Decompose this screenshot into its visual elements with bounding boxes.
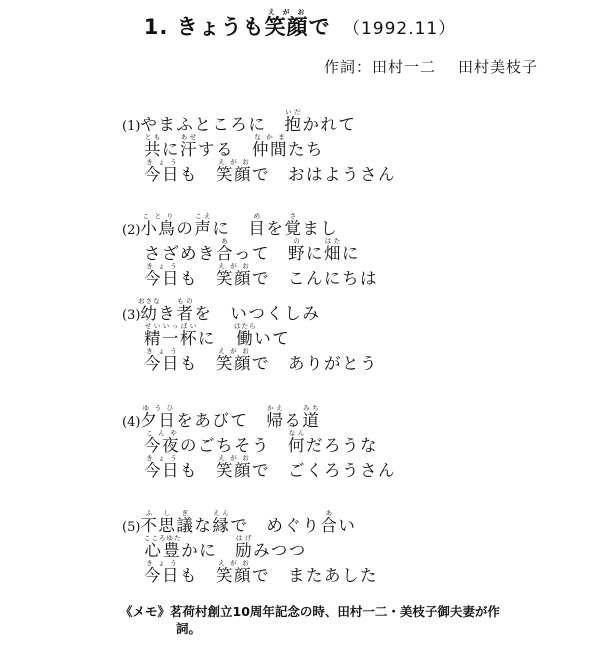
furigana-word: 合あ [216, 244, 234, 263]
memo-continuation: 詞。 [120, 620, 550, 637]
furigana-word: 共とも [144, 140, 162, 159]
lyric-line: 今日きょうも笑顔えがおでおはようさん [122, 158, 396, 183]
furigana-word: 者もの [176, 304, 194, 323]
memo-label: 《メモ》 [120, 604, 170, 619]
lyric-text: のごちそう [180, 436, 270, 455]
lyric-text: で [252, 354, 270, 373]
verse: (2)小鳥ことりの声こえに目めを覚さましさざめき合あって野のに畑はたに今日きょう… [122, 212, 378, 287]
lyric-text: に [342, 244, 360, 263]
lyric-text: たち [288, 140, 324, 159]
title-suffix: で [309, 15, 331, 39]
verse: (4)夕日ゆうひをあびて帰かえる道みち今夜こんやのごちそう何なんだろうな今日きょ… [122, 404, 396, 479]
lyric-line: 精一杯せいいっぱいに働はたらいて [122, 322, 378, 347]
lyric-text: だろうな [306, 436, 378, 455]
lyric-text: も [180, 461, 198, 480]
lyric-text: ありがとう [288, 354, 378, 373]
memo-note: 《メモ》茗荷村創立10周年記念の時、田村一二・美枝子御夫妻が作 詞。 [120, 603, 550, 637]
lyric-text: みつつ [253, 541, 307, 560]
lyric-line: 今日きょうも笑顔えがおでごくろうさん [122, 454, 396, 479]
lyric-line: (5)不思議ふしぎな縁えんでめぐり合あい [122, 509, 378, 534]
lyric-text: で [252, 165, 270, 184]
memo-text: 茗荷村創立10周年記念の時、田村一二・美枝子御夫妻が作 [170, 604, 500, 619]
lyric-line: (3)幼おさなき者ものをいつくしみ [122, 297, 378, 322]
lyric-text: な [194, 516, 212, 535]
lyric-text: いて [254, 329, 290, 348]
lyric-text: に [162, 140, 180, 159]
furigana-word: 小鳥ことり [140, 219, 176, 238]
lyric-text: に [306, 244, 324, 263]
lyric-line: 今日きょうも笑顔えがおでこんにちは [122, 262, 378, 287]
verse-number: (5) [122, 520, 140, 535]
lyric-text: さざめき [144, 244, 216, 263]
lyricist: 作詞：田村一二 [324, 58, 436, 76]
title-ruby: 笑顔えがお [265, 15, 309, 39]
song-title: 1. きょうも笑顔えがおで （1992.11） [0, 8, 600, 41]
furigana-word: 笑顔えがお [216, 566, 252, 585]
furigana-word: 働はたら [234, 329, 254, 348]
lyric-text: も [180, 566, 198, 585]
furigana-word: 道みち [302, 411, 320, 430]
co-lyricist: 田村美枝子 [458, 58, 538, 76]
furigana-word: 帰かえ [266, 411, 284, 430]
furigana-word: 今日きょう [144, 354, 180, 373]
furigana-word: 今日きょう [144, 566, 180, 585]
furigana-word: 今日きょう [144, 165, 180, 184]
furigana-word: 精一杯せいいっぱい [144, 329, 198, 348]
furigana-word: 縁えん [212, 516, 230, 535]
lyric-text: る [284, 411, 302, 430]
furigana-word: 覚さ [284, 219, 302, 238]
lyric-line: (1)やまふところに抱いだかれて [122, 108, 396, 133]
furigana-word: 笑顔えがお [216, 165, 252, 184]
furigana-word: 抱いだ [284, 115, 302, 134]
lyric-text: で [230, 516, 248, 535]
furigana-word: 畑はた [324, 244, 342, 263]
lyric-text: ごくろうさん [288, 461, 396, 480]
lyric-text: って [234, 244, 270, 263]
furigana-word: 合あ [320, 516, 338, 535]
lyric-text: も [180, 354, 198, 373]
lyric-text: かれて [302, 115, 356, 134]
lyric-line: 今日きょうも笑顔えがおでありがとう [122, 347, 378, 372]
lyric-text: で [252, 269, 270, 288]
furigana-word: 野の [288, 244, 306, 263]
lyric-line: (4)夕日ゆうひをあびて帰かえる道みち [122, 404, 396, 429]
furigana-word: 心豊こころゆた [144, 541, 181, 560]
furigana-word: 目め [248, 219, 266, 238]
title-number: 1. [144, 15, 169, 39]
furigana-word: 笑顔えがお [216, 461, 252, 480]
lyric-text: に [198, 329, 216, 348]
furigana-word: 笑顔えがお [216, 269, 252, 288]
furigana-word: 声こえ [194, 219, 212, 238]
lyric-text: で [252, 461, 270, 480]
lyric-text: き [158, 304, 176, 323]
verse-number: (2) [122, 223, 140, 238]
lyric-line: 今夜こんやのごちそう何なんだろうな [122, 429, 396, 454]
furigana-word: 幼おさな [140, 304, 158, 323]
lyric-text: めぐり [266, 516, 320, 535]
lyric-text: の [176, 219, 194, 238]
verse: (5)不思議ふしぎな縁えんでめぐり合あい心豊こころゆたかに励はげみつつ今日きょう… [122, 509, 378, 584]
verse: (1)やまふところに抱いだかれて共ともに汗あせする仲間なかまたち今日きょうも笑顔… [122, 108, 396, 183]
lyric-text: で [252, 566, 270, 585]
title-date: （1992.11） [343, 19, 456, 39]
verse-number: (4) [122, 415, 140, 430]
lyric-text: いつくしみ [230, 304, 320, 323]
lyric-text: またあした [288, 566, 378, 585]
lyric-text: おはようさん [288, 165, 396, 184]
lyric-text: やまふところに [140, 115, 266, 134]
lyric-text: かに [181, 541, 217, 560]
lyric-line: (2)小鳥ことりの声こえに目めを覚さまし [122, 212, 378, 237]
lyric-line: さざめき合あって野のに畑はたに [122, 237, 378, 262]
furigana-word: 今夜こんや [144, 436, 180, 455]
lyric-text: も [180, 165, 198, 184]
lyric-text: まし [302, 219, 338, 238]
furigana-word: 夕日ゆうひ [140, 411, 176, 430]
author-credit: 作詞：田村一二田村美枝子 [324, 56, 538, 77]
furigana-word: 汗あせ [180, 140, 198, 159]
furigana-word: 仲間なかま [252, 140, 288, 159]
furigana-word: 不思議ふしぎ [140, 516, 194, 535]
verse: (3)幼おさなき者ものをいつくしみ精一杯せいいっぱいに働はたらいて今日きょうも笑… [122, 297, 378, 372]
lyric-text: こんにちは [288, 269, 378, 288]
verse-number: (1) [122, 119, 140, 134]
lyric-text: を [194, 304, 212, 323]
lyric-text: をあびて [176, 411, 248, 430]
lyric-text: する [198, 140, 234, 159]
lyric-text: に [212, 219, 230, 238]
furigana-word: 今日きょう [144, 461, 180, 480]
furigana-word: 笑顔えがお [216, 354, 252, 373]
title-prefix: きょうも [177, 15, 265, 39]
lyric-line: 今日きょうも笑顔えがおでまたあした [122, 559, 378, 584]
furigana-word: 今日きょう [144, 269, 180, 288]
lyric-text: も [180, 269, 198, 288]
lyric-text: い [338, 516, 356, 535]
furigana-word: 励はげ [235, 541, 253, 560]
furigana-word: 何なん [288, 436, 306, 455]
lyric-text: を [266, 219, 284, 238]
